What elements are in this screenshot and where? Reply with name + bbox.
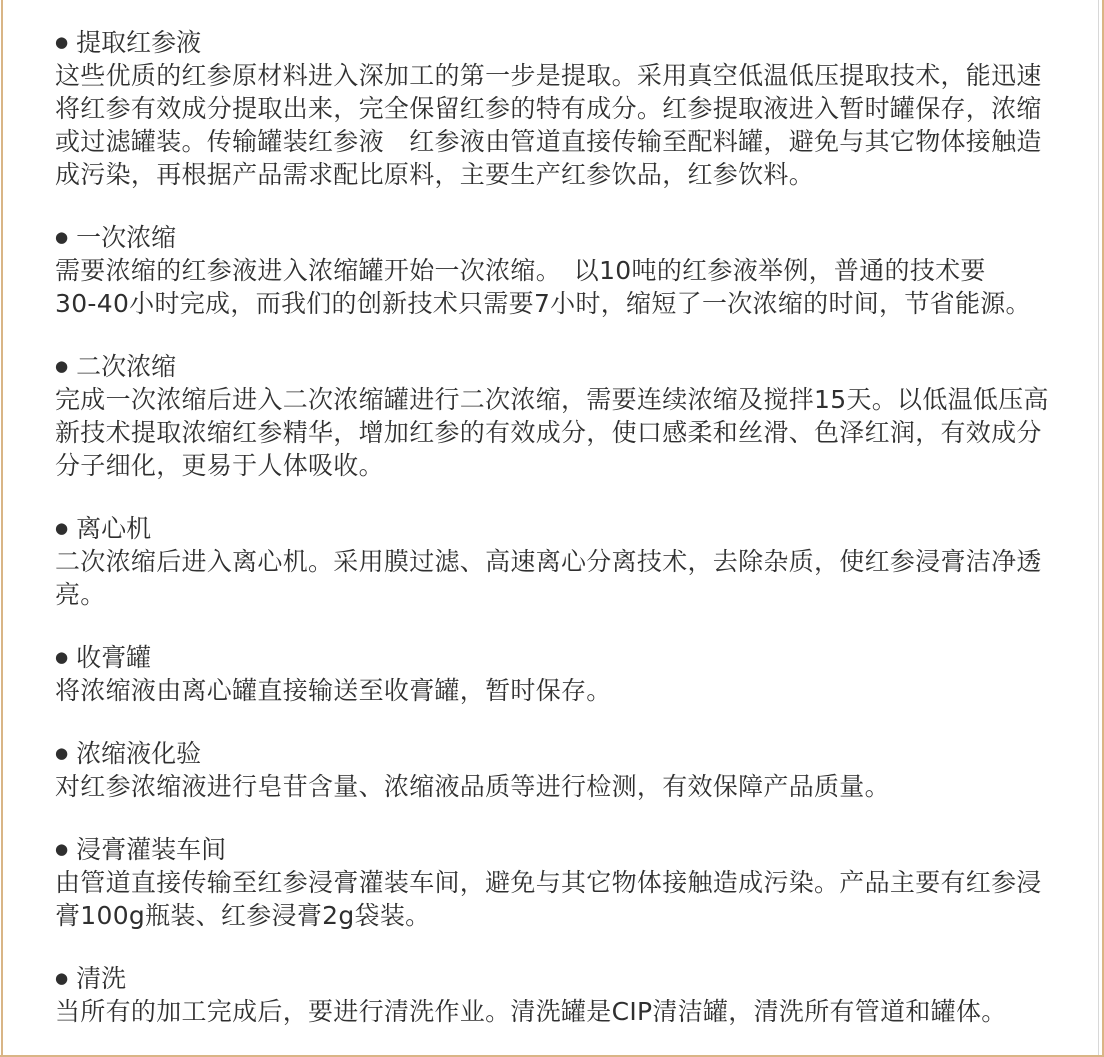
section-title: 一次浓缩	[76, 221, 176, 254]
section-body: 这些优质的红参原材料进入深加工的第一步是提取。采用真空低温低压提取技术，能迅速 …	[55, 59, 1060, 191]
bullet-icon: ●	[55, 350, 68, 383]
right-inner-hairline	[1098, 0, 1099, 1057]
section-title: 收膏罐	[76, 641, 151, 674]
section-title: 浓缩液化验	[76, 737, 201, 770]
section-centrifuge: ● 离心机 二次浓缩后进入离心机。采用膜过滤、高速离心分离技术，去除杂质，使红参…	[55, 512, 1060, 611]
section-body: 二次浓缩后进入离心机。采用膜过滤、高速离心分离技术，去除杂质，使红参浸膏洁净透 …	[55, 545, 1060, 611]
bullet-icon: ●	[55, 26, 68, 59]
section-second-concentration: ● 二次浓缩 完成一次浓缩后进入二次浓缩罐进行二次浓缩，需要连续浓缩及搅拌15天…	[55, 350, 1060, 482]
left-border-line	[1, 0, 3, 1057]
section-body: 当所有的加工完成后，要进行清洗作业。清洗罐是CIP清洁罐，清洗所有管道和罐体。	[55, 995, 1060, 1028]
section-title-row: ● 提取红参液	[55, 26, 1060, 59]
text-content-area: ● 提取红参液 这些优质的红参原材料进入深加工的第一步是提取。采用真空低温低压提…	[55, 26, 1060, 1057]
section-title-row: ● 清洗	[55, 962, 1060, 995]
section-title-row: ● 浓缩液化验	[55, 737, 1060, 770]
section-extract-liquid: ● 提取红参液 这些优质的红参原材料进入深加工的第一步是提取。采用真空低温低压提…	[55, 26, 1060, 191]
section-concentrate-testing: ● 浓缩液化验 对红参浓缩液进行皂苷含量、浓缩液品质等进行检测，有效保障产品质量…	[55, 737, 1060, 803]
section-paste-collection-tank: ● 收膏罐 将浓缩液由离心罐直接输送至收膏罐，暂时保存。	[55, 641, 1060, 707]
bullet-icon: ●	[55, 833, 68, 866]
bullet-icon: ●	[55, 962, 68, 995]
section-body: 将浓缩液由离心罐直接输送至收膏罐，暂时保存。	[55, 674, 1060, 707]
section-title-row: ● 二次浓缩	[55, 350, 1060, 383]
section-title: 离心机	[76, 512, 151, 545]
section-body: 完成一次浓缩后进入二次浓缩罐进行二次浓缩，需要连续浓缩及搅拌15天。以低温低压高…	[55, 383, 1060, 482]
section-title-row: ● 离心机	[55, 512, 1060, 545]
bullet-icon: ●	[55, 737, 68, 770]
section-title-row: ● 收膏罐	[55, 641, 1060, 674]
bullet-icon: ●	[55, 641, 68, 674]
bullet-icon: ●	[55, 512, 68, 545]
bullet-icon: ●	[55, 221, 68, 254]
section-first-concentration: ● 一次浓缩 需要浓缩的红参液进入浓缩罐开始一次浓缩。 以10吨的红参液举例，普…	[55, 221, 1060, 320]
section-title-row: ● 浸膏灌装车间	[55, 833, 1060, 866]
section-body: 由管道直接传输至红参浸膏灌装车间，避免与其它物体接触造成污染。产品主要有红参浸 …	[55, 866, 1060, 932]
section-title: 浸膏灌装车间	[76, 833, 226, 866]
section-title: 清洗	[76, 962, 126, 995]
section-title-row: ● 一次浓缩	[55, 221, 1060, 254]
section-body: 对红参浓缩液进行皂苷含量、浓缩液品质等进行检测，有效保障产品质量。	[55, 770, 1060, 803]
section-title: 二次浓缩	[76, 350, 176, 383]
section-title: 提取红参液	[76, 26, 201, 59]
section-paste-filling-workshop: ● 浸膏灌装车间 由管道直接传输至红参浸膏灌装车间，避免与其它物体接触造成污染。…	[55, 833, 1060, 932]
section-body: 需要浓缩的红参液进入浓缩罐开始一次浓缩。 以10吨的红参液举例，普通的技术要 3…	[55, 254, 1060, 320]
section-cleaning: ● 清洗 当所有的加工完成后，要进行清洗作业。清洗罐是CIP清洁罐，清洗所有管道…	[55, 962, 1060, 1028]
document-page: { "page": { "background": "#ffffff", "bo…	[0, 0, 1104, 1057]
